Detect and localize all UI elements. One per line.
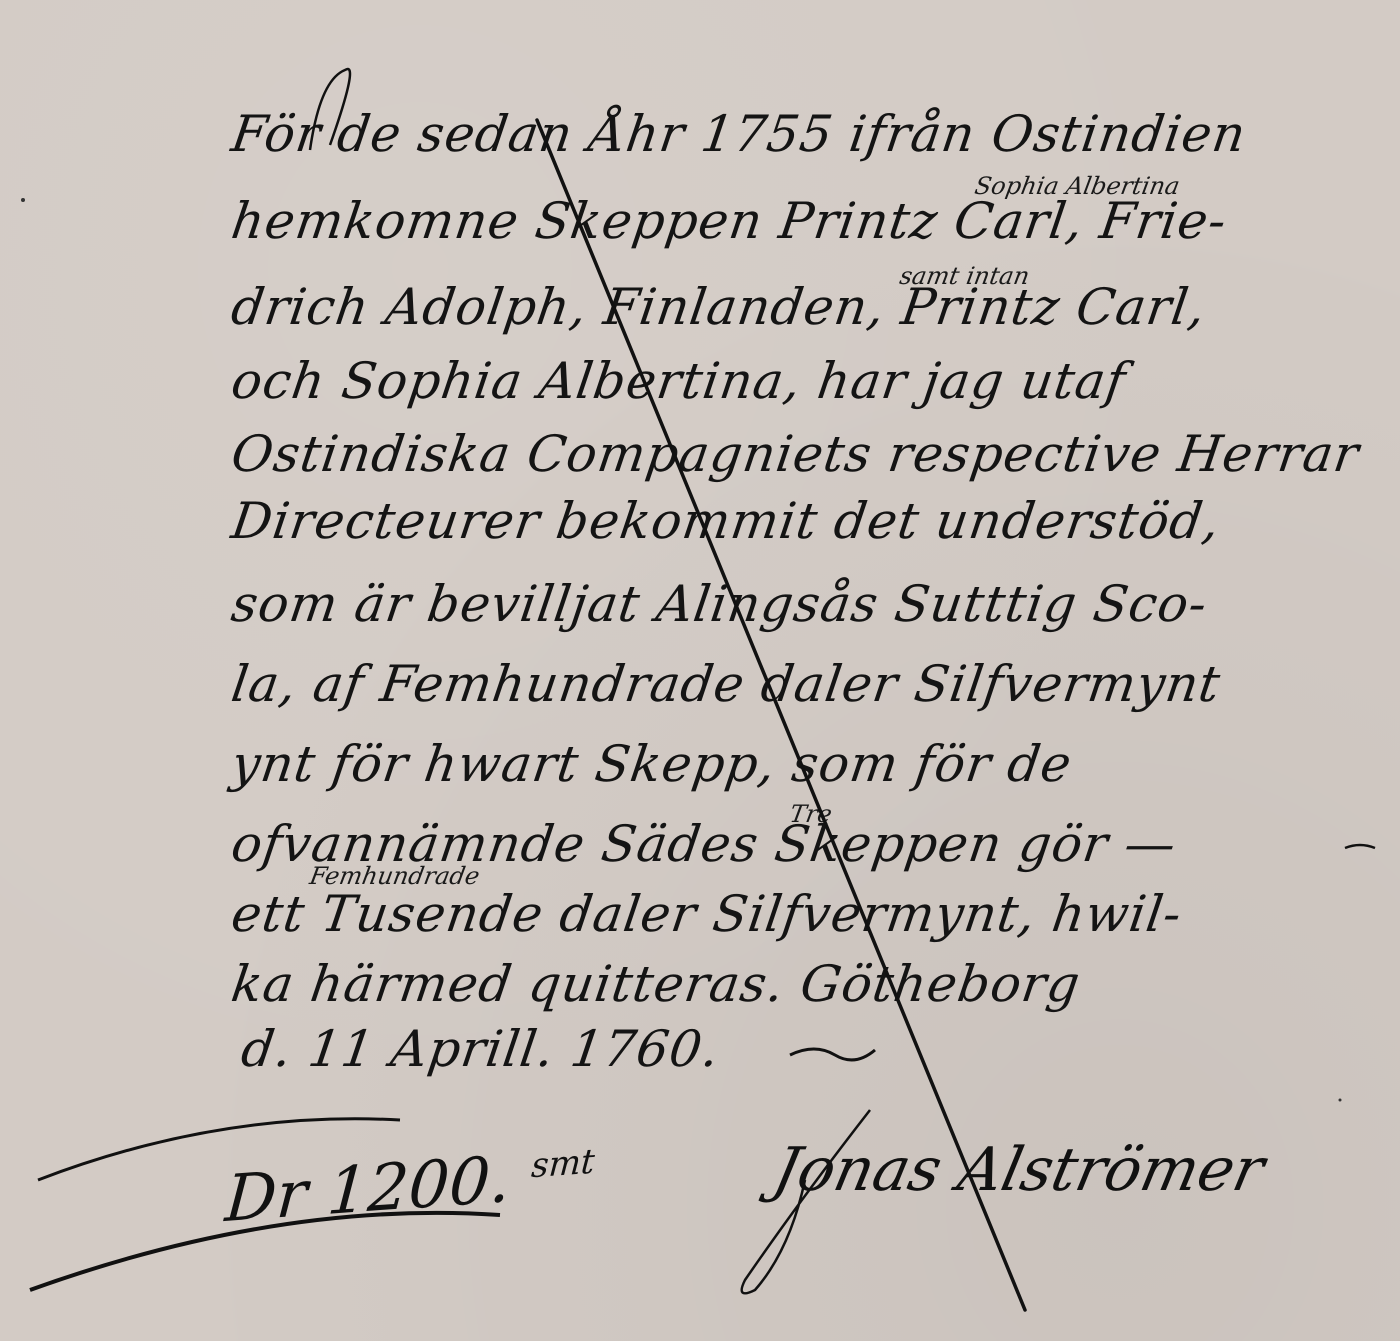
text-line-6: Directeurer bekommit det understöd,: [228, 492, 1224, 550]
amount-unit: smt: [530, 1142, 596, 1187]
date-flourish: [790, 1049, 875, 1060]
text-line-13: d. 11 Aprill. 1760.: [238, 1020, 723, 1078]
amount-value: 1200.: [325, 1143, 513, 1230]
line-end-dash: [1345, 845, 1375, 848]
text-line-7: som är bevilljat Alingsås Sutttig Sco-: [228, 575, 1211, 633]
amount-notation: Dr 1200. smt: [223, 1137, 596, 1237]
text-line-3: drich Adolph, Finlanden, Printz Carl,: [228, 278, 1210, 336]
ink-speck: [21, 198, 25, 202]
text-line-9: ynt för hwart Skepp, som för de: [228, 735, 1076, 793]
text-line-1: För de sedan Åhr 1755 ifrån Ostindien: [228, 105, 1250, 163]
text-line-2: hemkomne Skeppen Printz Carl, Frie-: [228, 192, 1231, 250]
text-line-5: Ostindiska Compagniets respective Herrar: [228, 425, 1363, 483]
text-line-12: ka härmed quitteras. Götheborg: [228, 955, 1084, 1013]
text-line-11: ett Tusende daler Silfvermynt, hwil-: [228, 885, 1186, 943]
text-line-8: la, af Femhundrade daler Silfvermynt: [228, 655, 1224, 713]
signature: Jonas Alströmer: [768, 1135, 1271, 1205]
document-page: För de sedan Åhr 1755 ifrån Ostindien So…: [0, 0, 1400, 1341]
text-line-4: och Sophia Albertina, har jag utaf: [228, 352, 1130, 410]
amount-symbol: Dr: [223, 1157, 310, 1237]
ink-speck: [1339, 1099, 1342, 1102]
